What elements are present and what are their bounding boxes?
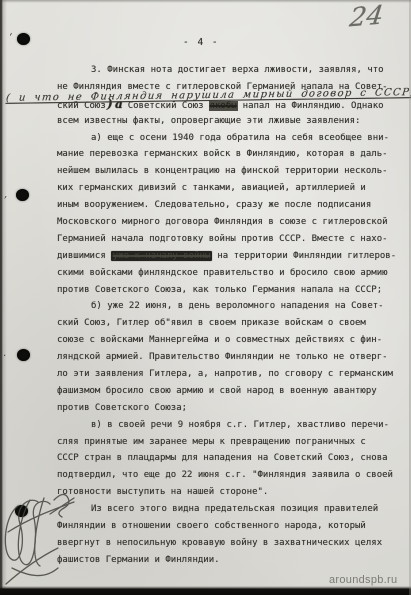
typed-line: нейшем вылилась в концентрацию на финско… (57, 163, 401, 180)
typed-line: Московского мирного договора Финляндия в… (57, 214, 401, 231)
typed-line: ло эти заявления Гитлера, а, напротив, п… (57, 366, 401, 383)
typed-line: иным вооружением. Следовательно, сразу ж… (57, 197, 401, 214)
paper-top-edge (0, 0, 411, 3)
hole-punch (17, 33, 30, 45)
hole-punch (16, 189, 29, 201)
typed-segment: на территории Финляндии гитлеров- (217, 251, 396, 261)
typed-line: б) уже 22 июня, в день вероломного напад… (57, 298, 401, 315)
pen-scribble (0, 472, 118, 590)
typed-line: в) в своей речи 9 ноября с.г. Гитлер, хв… (57, 417, 401, 434)
typed-segment: напал на Финляндию. Однако (243, 101, 384, 111)
typed-segment: Советский Союз (128, 101, 204, 111)
hole-punch (17, 349, 30, 361)
typed-line: СССР стран в плацдармы для нападения на … (57, 450, 401, 467)
typed-line-with-blackout: дившимисяуже к началу войнына территории… (57, 248, 401, 265)
typed-line: сляя принятые им заранее меры к превраще… (57, 434, 401, 451)
typed-line: всем известны факты, опровергающие эти л… (57, 113, 401, 130)
typed-line: 3. Финская нота достигает верха лживости… (57, 62, 401, 79)
typed-line: ляндской армией. Правительство Финляндии… (57, 349, 401, 366)
typed-line: союзе с войсками Маннергейма и о совмест… (57, 332, 401, 349)
pen-mark: . (3, 348, 6, 359)
typed-line: мание перевозка германских войск в Финля… (57, 146, 401, 163)
typed-segment: дившимися (57, 251, 106, 261)
blacked-out-text: уже к началу войны (111, 251, 213, 261)
typed-line: ский Союз, Гитлер об"явил в своем приказ… (57, 315, 401, 332)
watermark: aroundspb.ru (329, 574, 397, 586)
typed-line: против Советского Союза, как только Герм… (57, 282, 401, 299)
typed-line: а) еще с осени 1940 года обратила на себ… (57, 130, 401, 147)
typed-line: скими войсками финляндское правительство… (57, 265, 401, 282)
page-header: - 4 - (183, 37, 219, 48)
strikethrough-text: якобы (209, 101, 238, 111)
page-number-handwritten: 24 (348, 1, 385, 34)
typed-line: Германией начала подготовку войны против… (57, 231, 401, 248)
typed-line: против Советского Союза; (57, 400, 401, 417)
typed-line: ких германских дивизий с танками, авиаци… (57, 180, 401, 197)
scanned-document-page: ' , . 24 - 4 - ( и что не Финляндия нару… (0, 0, 411, 595)
pen-mark: , (4, 189, 7, 200)
typed-line: фашизмом бросило свою армию и свой народ… (57, 383, 401, 400)
